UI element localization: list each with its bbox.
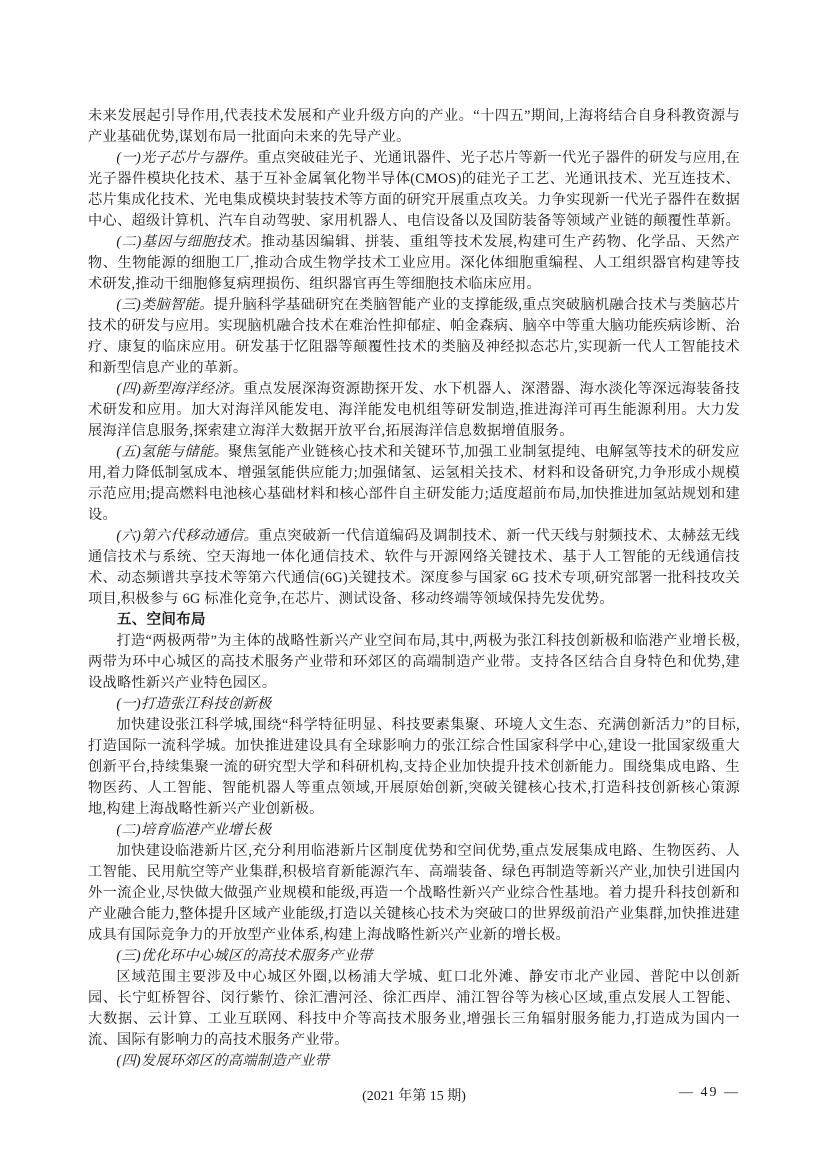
paragraph: 打造“两极两带”为主体的战略性新兴产业空间布局,其中,两极为张江科技创新极和临港… — [88, 631, 740, 694]
paragraph: (一)光子芯片与器件。重点突破硅光子、光通讯器件、光子芯片等新一代光子器件的研发… — [88, 148, 740, 232]
paragraph: 加快建设临港新片区,充分利用临港新片区制度优势和空间优势,重点发展集成电路、生物… — [88, 841, 740, 946]
item-label: (四)新型海洋经济。 — [116, 381, 243, 397]
paragraph: (五)氢能与储能。聚焦氢能产业链核心技术和关键环节,加强工业制氢提纯、电解氢等技… — [88, 442, 740, 526]
paragraph: 区域范围主要涉及中心城区外圈,以杨浦大学城、虹口北外滩、静安市北产业园、普陀中以… — [88, 967, 740, 1051]
paragraph: (六)第六代移动通信。重点突破新一代信道编码及调制技术、新一代天线与射频技术、太… — [88, 526, 740, 610]
subsection-heading: (二)培育临港产业增长极 — [88, 820, 740, 841]
document-page: 未来发展起引导作用,代表技术发展和产业升级方向的产业。“十四五”期间,上海将结合… — [0, 0, 827, 1170]
page-number: — 49 — — [679, 1085, 740, 1101]
subsection-heading: (四)发展环郊区的高端制造产业带 — [88, 1051, 740, 1072]
item-label: (三)类脑智能。 — [116, 297, 213, 313]
paragraph: (二)基因与细胞技术。推动基因编辑、拼装、重组等技术发展,构建可生产药物、化学品… — [88, 232, 740, 295]
document-body: 未来发展起引导作用,代表技术发展和产业升级方向的产业。“十四五”期间,上海将结合… — [88, 106, 740, 1072]
subsection-heading: (三)优化环中心城区的高技术服务产业带 — [88, 946, 740, 967]
item-label: (六)第六代移动通信。 — [116, 528, 258, 544]
item-label: (一)光子芯片与器件。 — [116, 150, 257, 166]
paragraph: 加快建设张江科学城,围绕“科学特征明显、科技要素集聚、环境人文生态、充满创新活力… — [88, 715, 740, 820]
paragraph: 未来发展起引导作用,代表技术发展和产业升级方向的产业。“十四五”期间,上海将结合… — [88, 106, 740, 148]
page-footer: (2021 年第 15 期) — 49 — — [88, 1085, 740, 1107]
issue-label: (2021 年第 15 期) — [88, 1085, 740, 1105]
paragraph: (三)类脑智能。提升脑科学基础研究在类脑智能产业的支撑能级,重点突破脑机融合技术… — [88, 295, 740, 379]
subsection-heading: (一)打造张江科技创新极 — [88, 694, 740, 715]
item-label: (二)基因与细胞技术。 — [116, 234, 260, 250]
item-label: (五)氢能与储能。 — [116, 444, 228, 460]
paragraph: (四)新型海洋经济。重点发展深海资源勘探开发、水下机器人、深潜器、海水淡化等深远… — [88, 379, 740, 442]
section-heading: 五、空间布局 — [88, 610, 740, 631]
